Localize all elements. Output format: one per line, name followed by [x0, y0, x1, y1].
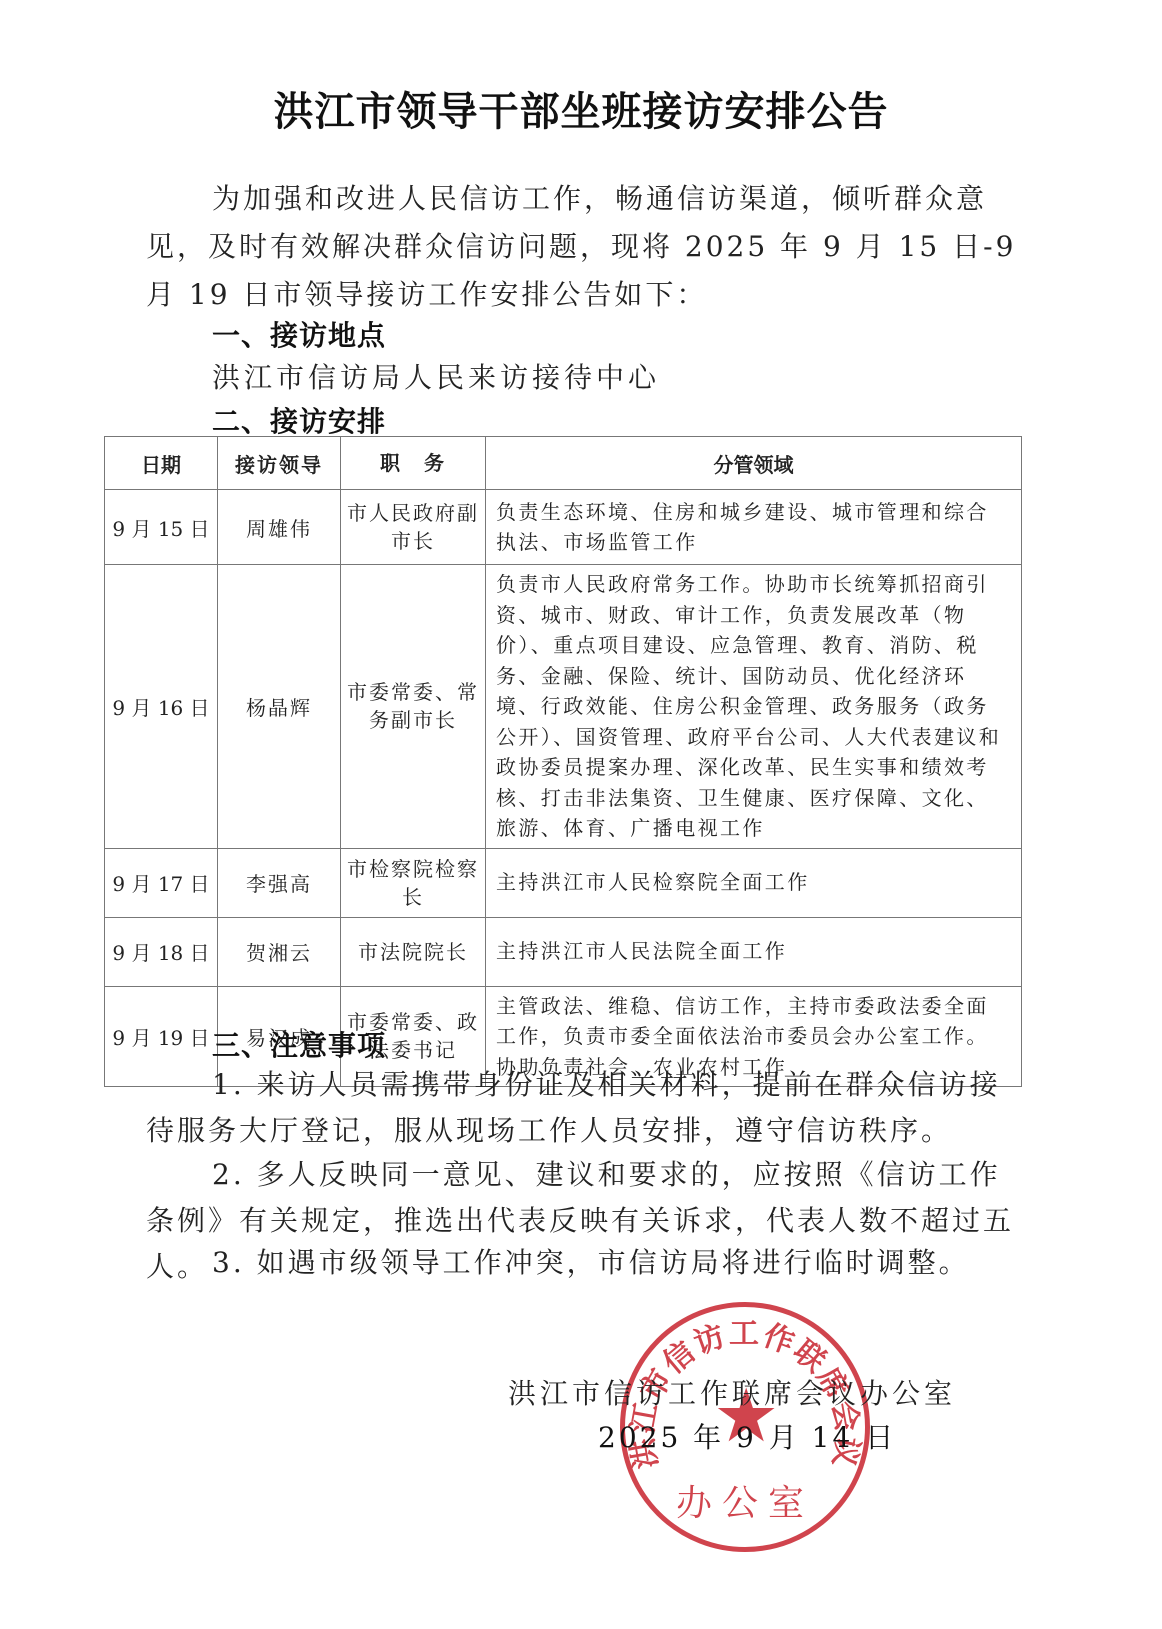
cell-area: 主持洪江市人民法院全面工作: [486, 917, 1022, 986]
location-text: 洪江市信访局人民来访接待中心: [212, 356, 660, 396]
cell-date: 9 月 18 日: [105, 917, 218, 986]
table-row: 9 月 17 日 李强高 市检察院检察长 主持洪江市人民检察院全面工作: [105, 848, 1022, 917]
header-date: 日期: [105, 437, 218, 490]
announcement-page: 洪江市领导干部坐班接访安排公告 为加强和改进人民信访工作，畅通信访渠道，倾听群众…: [0, 0, 1162, 1629]
section-heading-schedule: 二、接访安排: [212, 400, 386, 440]
note-item: 3. 如遇市级领导工作冲突，市信访局将进行临时调整。: [146, 1240, 1026, 1286]
cell-area: 负责市人民政府常务工作。协助市长统筹抓招商引资、城市、财政、审计工作，负责发展改…: [486, 565, 1022, 849]
section-heading-notes: 三、注意事项: [212, 1024, 386, 1064]
cell-date: 9 月 15 日: [105, 490, 218, 565]
cell-position: 市委常委、常务副市长: [341, 565, 486, 849]
cell-date: 9 月 16 日: [105, 565, 218, 849]
cell-leader: 杨晶辉: [218, 565, 341, 849]
cell-position: 市法院院长: [341, 917, 486, 986]
schedule-table: 日期 接访领导 职 务 分管领域 9 月 15 日 周雄伟 市人民政府副市长 负…: [104, 436, 1022, 1087]
section-heading-location: 一、接访地点: [212, 314, 386, 354]
cell-area: 负责生态环境、住房和城乡建设、城市管理和综合执法、市场监管工作: [486, 490, 1022, 565]
cell-position: 市人民政府副市长: [341, 490, 486, 565]
cell-leader: 贺湘云: [218, 917, 341, 986]
cell-date: 9 月 17 日: [105, 848, 218, 917]
cell-area: 主持洪江市人民检察院全面工作: [486, 848, 1022, 917]
header-leader: 接访领导: [218, 437, 341, 490]
table-row: 9 月 18 日 贺湘云 市法院院长 主持洪江市人民法院全面工作: [105, 917, 1022, 986]
table-header-row: 日期 接访领导 职 务 分管领域: [105, 437, 1022, 490]
seal-bottom-text: 办公室: [625, 1475, 865, 1526]
cell-leader: 李强高: [218, 848, 341, 917]
signature-organization: 洪江市信访工作联席会议办公室: [508, 1372, 956, 1412]
intro-paragraph: 为加强和改进人民信访工作，畅通信访渠道，倾听群众意见，及时有效解决群众信访问题，…: [146, 175, 1026, 319]
note-item: 1. 来访人员需携带身份证及相关材料，提前在群众信访接待服务大厅登记，服从现场工…: [146, 1062, 1026, 1154]
table-row: 9 月 15 日 周雄伟 市人民政府副市长 负责生态环境、住房和城乡建设、城市管…: [105, 490, 1022, 565]
cell-position: 市检察院检察长: [341, 848, 486, 917]
header-position: 职 务: [341, 437, 486, 490]
signature-date: 2025 年 9 月 14 日: [598, 1416, 896, 1456]
header-area: 分管领域: [486, 437, 1022, 490]
page-title: 洪江市领导干部坐班接访安排公告: [0, 80, 1162, 137]
cell-leader: 周雄伟: [218, 490, 341, 565]
table-row: 9 月 16 日 杨晶辉 市委常委、常务副市长 负责市人民政府常务工作。协助市长…: [105, 565, 1022, 849]
